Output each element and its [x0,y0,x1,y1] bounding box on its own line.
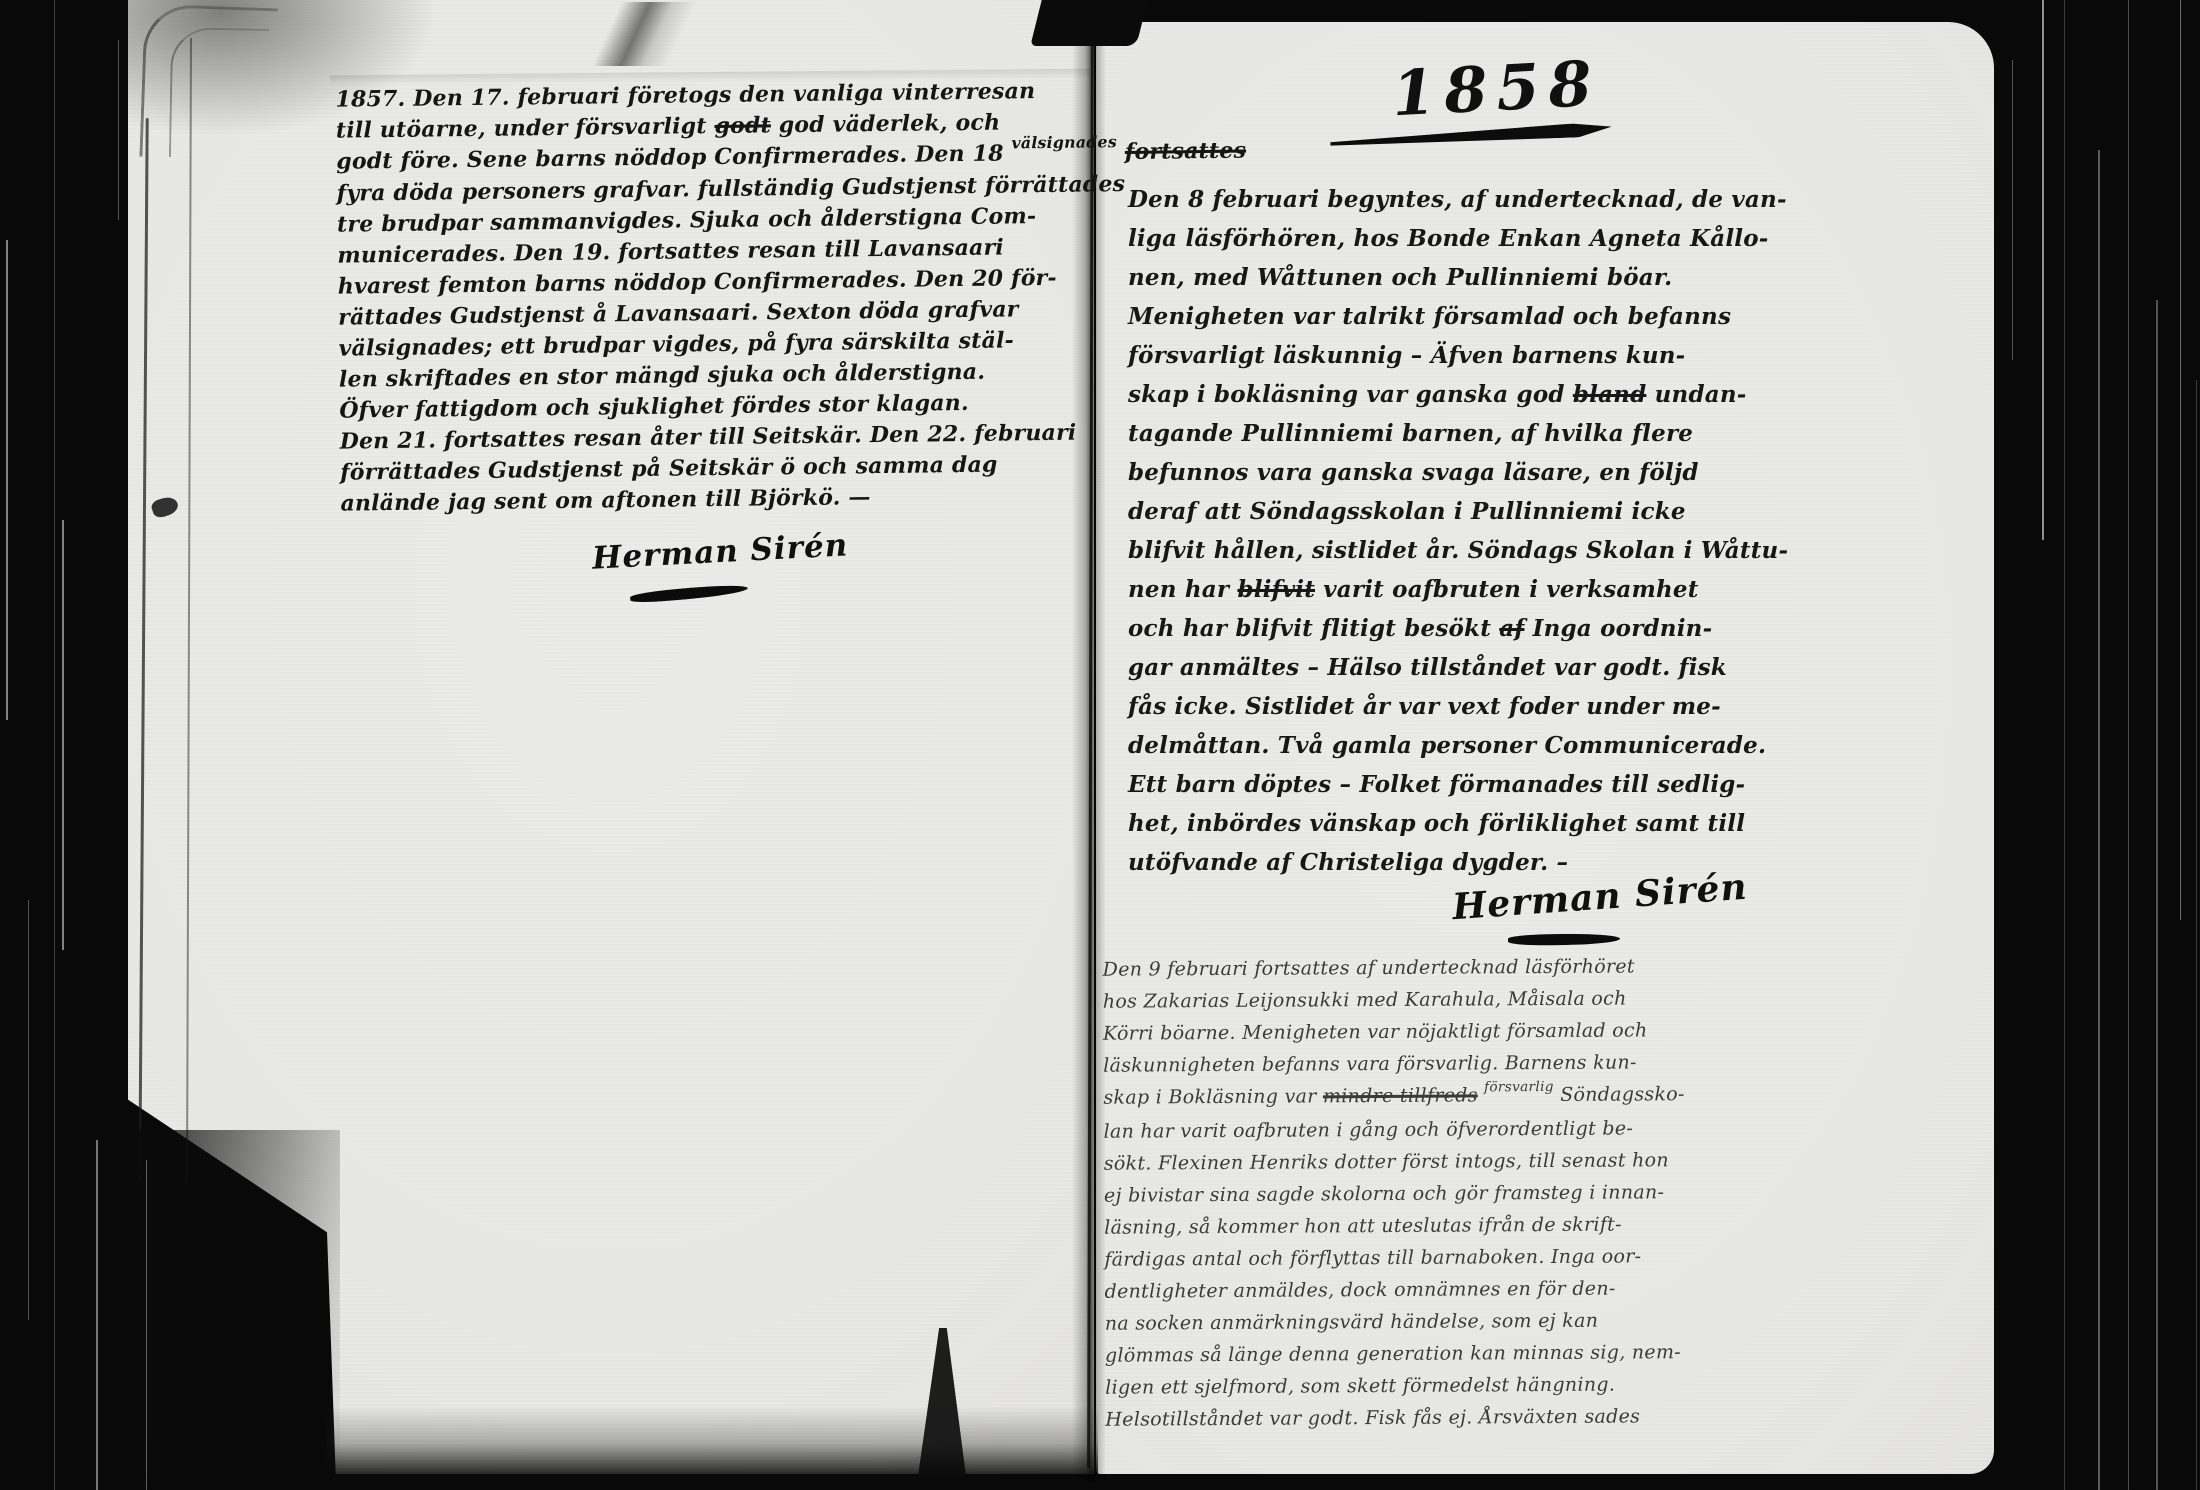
manuscript-line: Den 9 februari fortsattes af underteckna… [1103,948,1987,985]
film-scratch [2064,0,2065,1490]
manuscript-line: na socken anmärkningsvärd händelse, som … [1105,1302,1989,1339]
film-scratch [62,520,64,950]
ink-smudge [130,1130,340,1474]
film-scratch [2180,0,2181,920]
manuscript-line: Den 8 februari begyntes, af undertecknad… [1128,180,1990,219]
manuscript-line: deraf att Söndagsskolan i Pullinniemi ic… [1128,492,1990,531]
manuscript-line: dentligheter anmäldes, dock omnämnes en … [1105,1270,1989,1307]
film-scratch [2128,0,2129,1490]
manuscript-line: blifvit hållen, sistlidet år. Söndags Sk… [1128,531,1990,570]
manuscript-line: nen har blifvit varit oafbruten i verksa… [1128,570,1990,609]
manuscript-line: ej bivistar sina sagde skolorna och gör … [1104,1174,1988,1211]
scanned-document: 1857. Den 17. februari företogs den vanl… [0,0,2200,1490]
manuscript-line: försvarligt läskunnig – Äfven barnens ku… [1128,336,1990,375]
manuscript-line: skap i bokläsning var ganska god bland u… [1128,375,1990,414]
manuscript-line: ligen ett sjelfmord, som skett förmedels… [1105,1366,1989,1403]
film-scratch [2156,300,2158,1490]
manuscript-line: hos Zakarias Leijonsukki med Karahula, M… [1103,980,1987,1017]
manuscript-line: läsning, så kommer hon att uteslutas ifr… [1104,1206,1988,1243]
right-page-entry-feb8: Den 8 februari begyntes, af undertecknad… [1128,180,1990,882]
right-page-entry-feb9: Den 9 februari fortsattes af underteckna… [1103,948,1990,1435]
film-scratch [2098,150,2100,1490]
film-scratch [118,40,119,220]
manuscript-line: sökt. Flexinen Henriks dotter först into… [1104,1142,1988,1179]
manuscript-line: befunnos vara ganska svaga läsare, en fö… [1128,453,1990,492]
film-scratch [2012,60,2013,360]
manuscript-line: glömmas så länge denna generation kan mi… [1105,1334,1989,1371]
film-scratch [96,1140,98,1490]
manuscript-line: liga läsförhören, hos Bonde Enkan Agneta… [1128,219,1990,258]
ink-smudge [326,1406,1098,1474]
left-page-entry-1857: 1857. Den 17. februari företogs den vanl… [335,75,1100,519]
ink-smudge [580,2,700,66]
film-scratch [2042,0,2044,540]
manuscript-line: läskunnigheten befanns vara försvarlig. … [1103,1044,1987,1081]
manuscript-line: tagande Pullinniemi barnen, af hvilka fl… [1128,414,1990,453]
film-scratch [54,0,55,1490]
manuscript-line: skap i Bokläsning var mindre tillfreds f… [1103,1076,1987,1115]
year-heading: 1858 [1390,47,1602,131]
film-scratch [146,1160,147,1490]
manuscript-line: färdigas antal och förflyttas till barna… [1104,1238,1988,1275]
manuscript-line: delmåttan. Två gamla personer Communicer… [1128,726,1990,765]
manuscript-line: Helsotillståndet var godt. Fisk fås ej. … [1105,1398,1989,1435]
manuscript-line: utöfvande af Christeliga dygder. – [1128,843,1990,882]
binding-shadow [1030,0,1147,46]
manuscript-line: lan har varit oafbruten i gång och öfver… [1104,1110,1988,1147]
film-scratch [2196,380,2197,1490]
manuscript-line: Menigheten var talrikt församlad och bef… [1128,297,1990,336]
manuscript-line: och har blifvit flitigt besökt af Inga o… [1128,609,1990,648]
manuscript-line: fås icke. Sistlidet år var vext foder un… [1128,687,1990,726]
manuscript-line: het, inbördes vänskap och förliklighet s… [1128,804,1990,843]
manuscript-line: nen, med Wåttunen och Pullinniemi böar. [1128,258,1990,297]
film-scratch [6,240,8,720]
manuscript-line: Ett barn döptes – Folket förmanades till… [1128,765,1990,804]
film-scratch [28,900,29,1320]
manuscript-line: gar anmältes – Hälso tillståndet var god… [1128,648,1990,687]
manuscript-line: Körri böarne. Menigheten var nöjaktligt … [1103,1012,1987,1049]
